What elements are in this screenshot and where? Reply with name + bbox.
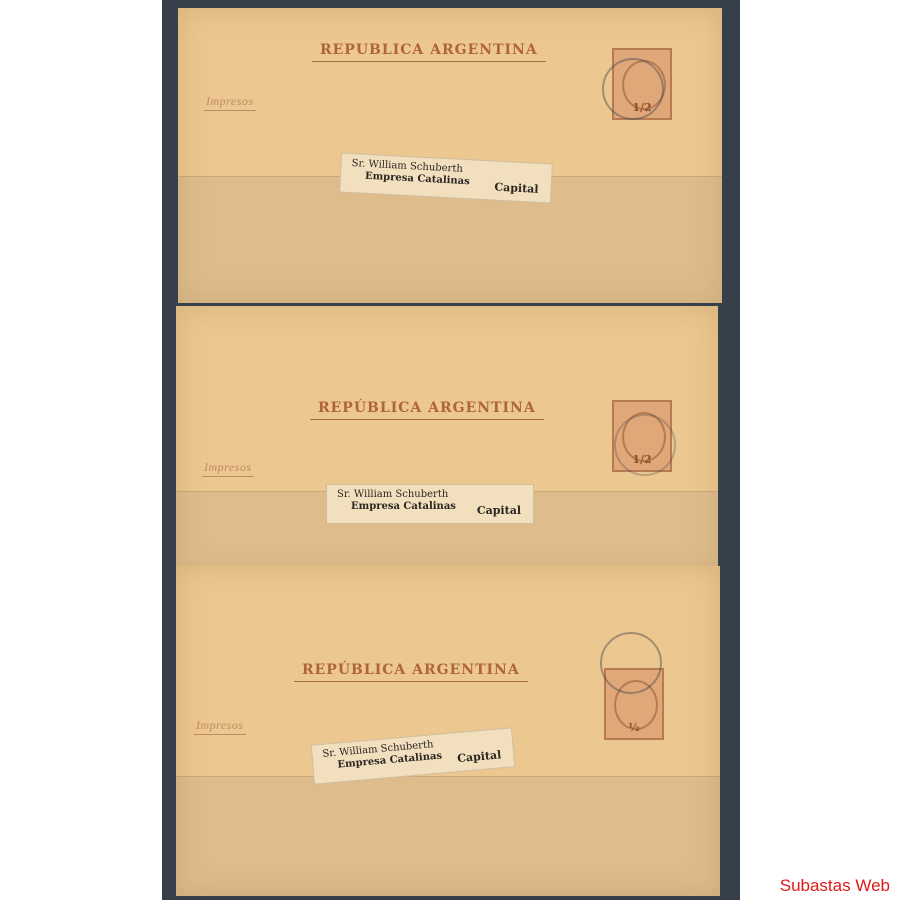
wrapper-category: Impresos bbox=[194, 718, 246, 735]
address-city: Capital bbox=[494, 181, 539, 196]
wrapper-fold-band bbox=[176, 776, 720, 896]
wrapper-title: REPÚBLICA ARGENTINA bbox=[310, 400, 544, 420]
stamp-value: ½ bbox=[606, 721, 662, 734]
address-label: Sr. William Schuberth Empresa Catalinas … bbox=[326, 484, 534, 524]
postmark-icon bbox=[602, 58, 664, 120]
address-city: Capital bbox=[477, 504, 521, 517]
wrapper-category: Impresos bbox=[204, 94, 256, 111]
postal-wrapper-2: REPÚBLICA ARGENTINA Impresos Sr. William… bbox=[176, 306, 718, 576]
watermark: Subastas Web bbox=[780, 876, 890, 896]
postal-wrapper-1: REPUBLICA ARGENTINA Impresos Sr. William… bbox=[178, 8, 722, 303]
postmark-icon bbox=[614, 414, 676, 476]
address-line-1: Sr. William Schuberth bbox=[337, 489, 523, 501]
wrapper-title: REPÚBLICA ARGENTINA bbox=[294, 662, 528, 682]
postmark-icon bbox=[600, 632, 662, 694]
wrapper-title: REPUBLICA ARGENTINA bbox=[312, 42, 546, 62]
postal-wrapper-3: REPÚBLICA ARGENTINA Impresos Sr. William… bbox=[176, 566, 720, 896]
wrapper-category: Impresos bbox=[202, 460, 254, 477]
address-city: Capital bbox=[457, 748, 502, 765]
